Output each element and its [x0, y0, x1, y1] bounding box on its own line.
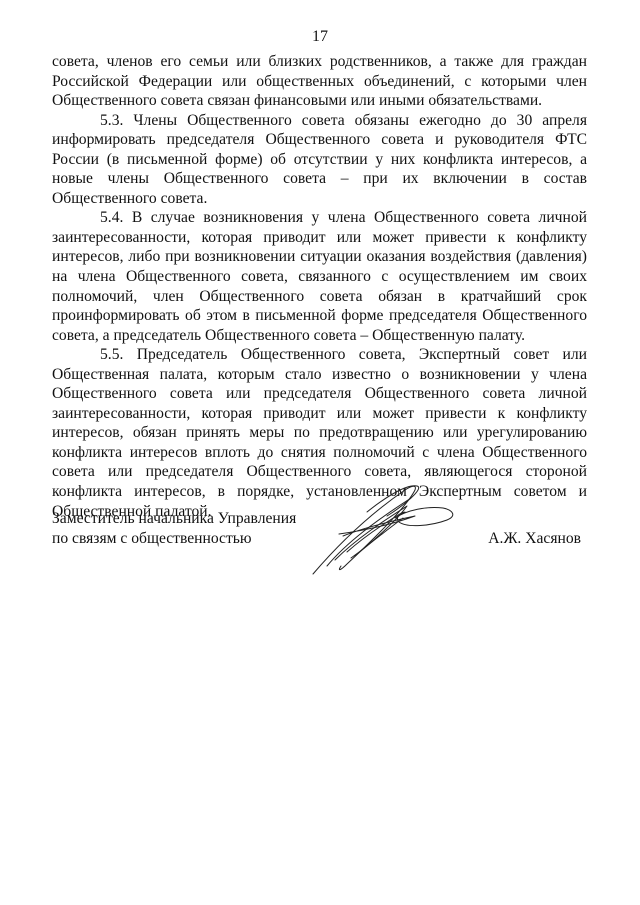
paragraph-continuation: совета, членов его семьи или близких род… [52, 52, 587, 111]
signer-name: А.Ж. Хасянов [488, 529, 581, 549]
page-number: 17 [0, 27, 640, 46]
paragraph-5-3: 5.3. Члены Общественного совета обязаны … [52, 111, 587, 209]
signer-title-line-1: Заместитель начальника Управления [52, 509, 296, 529]
signer-title: Заместитель начальника Управления по свя… [52, 509, 296, 548]
signer-title-line-2: по связям с общественностью [52, 529, 296, 549]
signature-block: Заместитель начальника Управления по свя… [52, 509, 587, 589]
document-body: совета, членов его семьи или близких род… [52, 52, 587, 521]
paragraph-5-4: 5.4. В случае возникновения у члена Обще… [52, 208, 587, 345]
handwritten-signature-icon [307, 476, 467, 586]
